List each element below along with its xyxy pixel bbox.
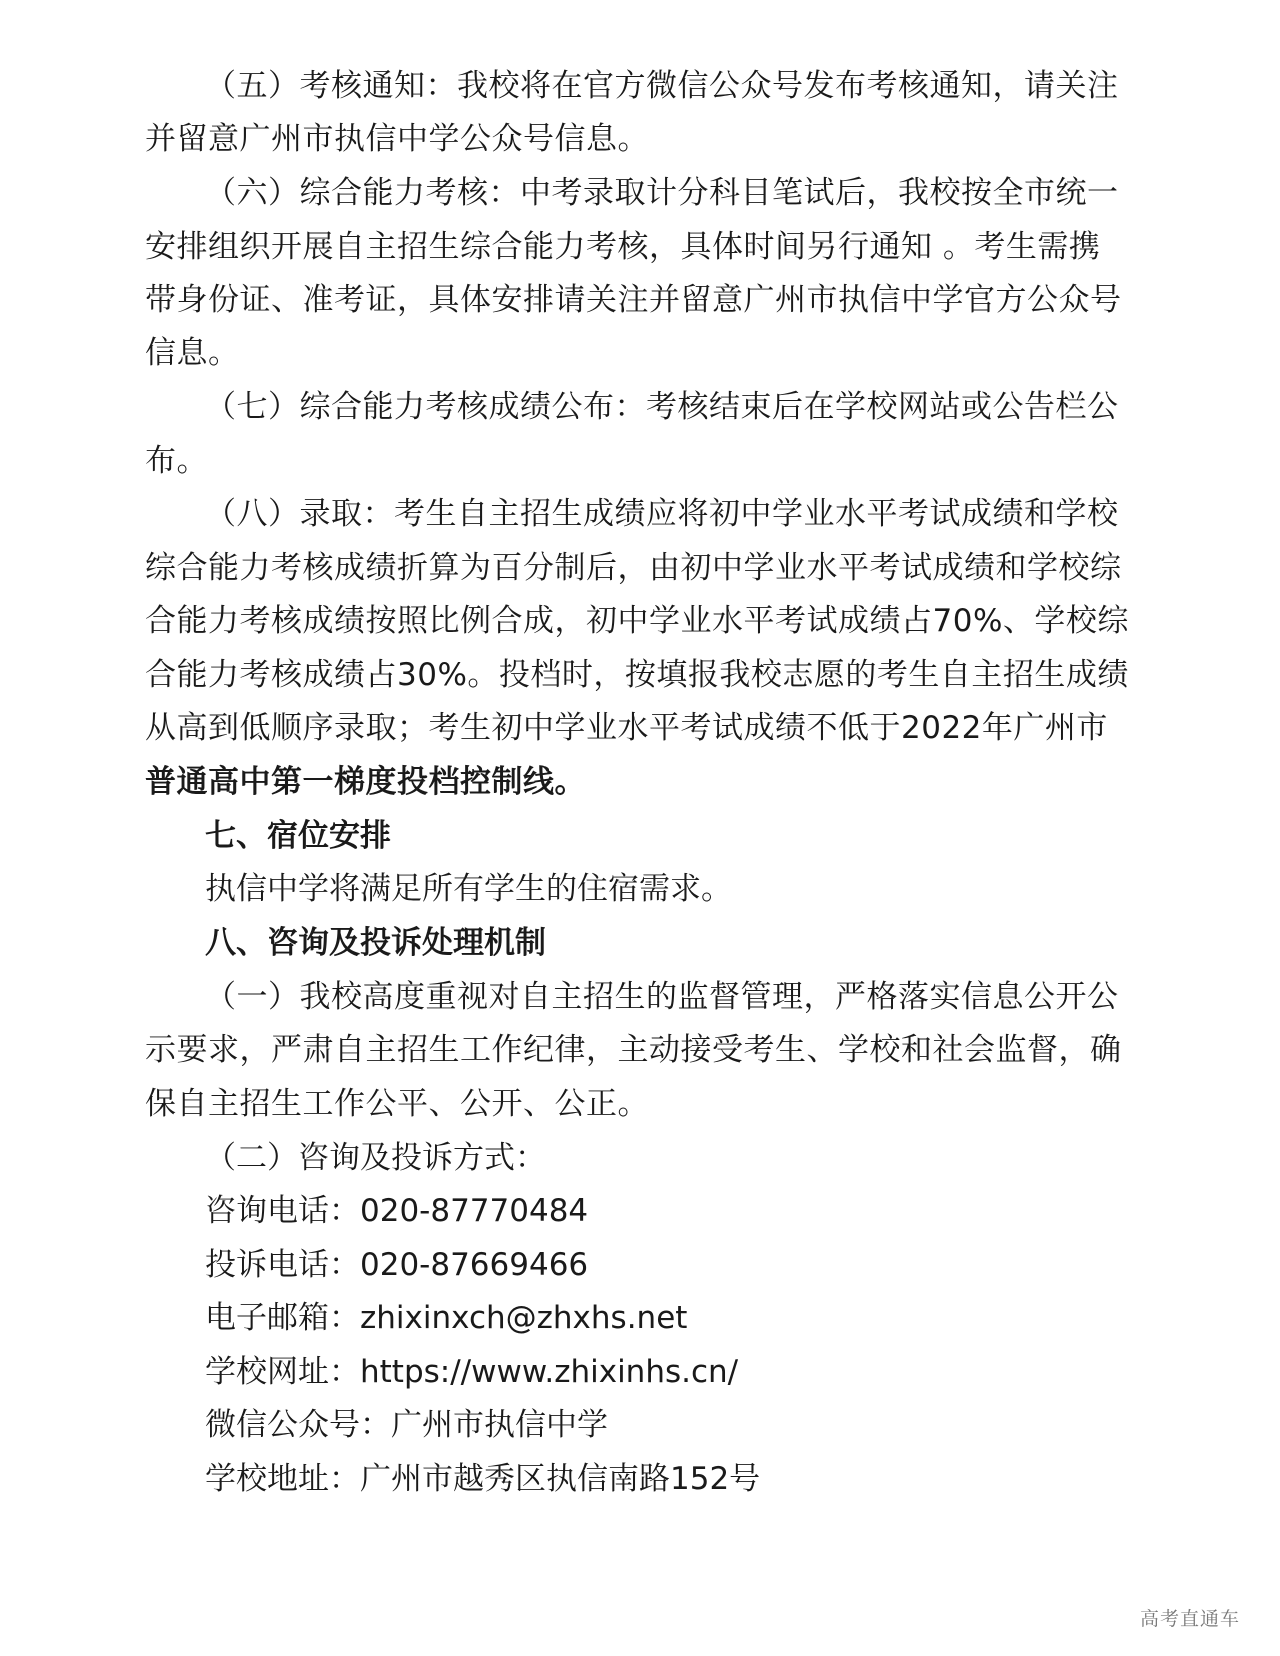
contact-methods-label: （二）咨询及投诉方式： [205, 1138, 546, 1178]
contact-website: 学校网址：https://www.zhixinhs.cn/ [205, 1352, 738, 1392]
website-value: https://www.zhixinhs.cn/ [360, 1354, 738, 1390]
complaint-phone-value: 020-87669466 [360, 1247, 588, 1283]
section-8-heading: 八、咨询及投诉处理机制 [205, 923, 546, 963]
email-value: zhixinxch@zhxhs.net [360, 1300, 687, 1336]
contact-label: 微信公众号： [205, 1407, 391, 1443]
paragraph-5-line-1: （五）考核通知：我校将在官方微信公众号发布考核通知，请关注 [205, 66, 1075, 106]
paragraph-8-bold-line: 普通高中第一梯度投档控制线。 [145, 762, 1075, 802]
contact-complaint-phone: 投诉电话：020-87669466 [205, 1245, 588, 1285]
wechat-value: 广州市执信中学 [391, 1407, 608, 1443]
paragraph-5-line-2: 并留意广州市执信中学公众号信息。 [145, 119, 1075, 159]
document-page: （五）考核通知：我校将在官方微信公众号发布考核通知，请关注 并留意广州市执信中学… [0, 0, 1280, 1656]
paragraph-8-line-3: 合能力考核成绩按照比例合成，初中学业水平考试成绩占70%、学校综 [145, 601, 1075, 641]
contact-label: 学校网址： [205, 1354, 360, 1390]
contact-address: 学校地址：广州市越秀区执信南路152号 [205, 1459, 760, 1499]
contact-email: 电子邮箱：zhixinxch@zhxhs.net [205, 1298, 687, 1338]
paragraph-6-line-3: 带身份证、准考证，具体安排请关注并留意广州市执信中学官方公众号 [145, 280, 1075, 320]
contact-wechat: 微信公众号：广州市执信中学 [205, 1405, 608, 1445]
contact-label: 咨询电话： [205, 1193, 360, 1229]
address-value: 广州市越秀区执信南路152号 [360, 1461, 760, 1497]
paragraph-7-line-1: （七）综合能力考核成绩公布：考核结束后在学校网站或公告栏公 [205, 387, 1075, 427]
paragraph-8-line-2: 综合能力考核成绩折算为百分制后，由初中学业水平考试成绩和学校综 [145, 548, 1075, 588]
paragraph-8-line-4: 合能力考核成绩占30%。投档时，按填报我校志愿的考生自主招生成绩 [145, 655, 1075, 695]
section-7-heading: 七、宿位安排 [205, 816, 391, 856]
watermark: 高考直通车 [1140, 1604, 1240, 1631]
contact-label: 电子邮箱： [205, 1300, 360, 1336]
contact-consult-phone: 咨询电话：020-87770484 [205, 1191, 588, 1231]
section-7-text: 执信中学将满足所有学生的住宿需求。 [205, 869, 732, 909]
section-8-item-1-line-2: 示要求，严肃自主招生工作纪律，主动接受考生、学校和社会监督，确 [145, 1030, 1075, 1070]
contact-label: 学校地址： [205, 1461, 360, 1497]
section-8-item-1-line-1: （一）我校高度重视对自主招生的监督管理，严格落实信息公开公 [205, 977, 1075, 1017]
section-8-item-1-line-3: 保自主招生工作公平、公开、公正。 [145, 1084, 1075, 1124]
paragraph-8-line-5: 从高到低顺序录取；考生初中学业水平考试成绩不低于2022年广州市 [145, 708, 1075, 748]
paragraph-6-line-2: 安排组织开展自主招生综合能力考核，具体时间另行通知 。考生需携 [145, 227, 1075, 267]
consult-phone-value: 020-87770484 [360, 1193, 588, 1229]
paragraph-7-line-2: 布。 [145, 441, 1075, 481]
contact-label: 投诉电话： [205, 1247, 360, 1283]
paragraph-6-line-4: 信息。 [145, 333, 1075, 373]
paragraph-6-line-1: （六）综合能力考核：中考录取计分科目笔试后，我校按全市统一 [205, 173, 1075, 213]
paragraph-8-line-1: （八）录取：考生自主招生成绩应将初中学业水平考试成绩和学校 [205, 494, 1075, 534]
